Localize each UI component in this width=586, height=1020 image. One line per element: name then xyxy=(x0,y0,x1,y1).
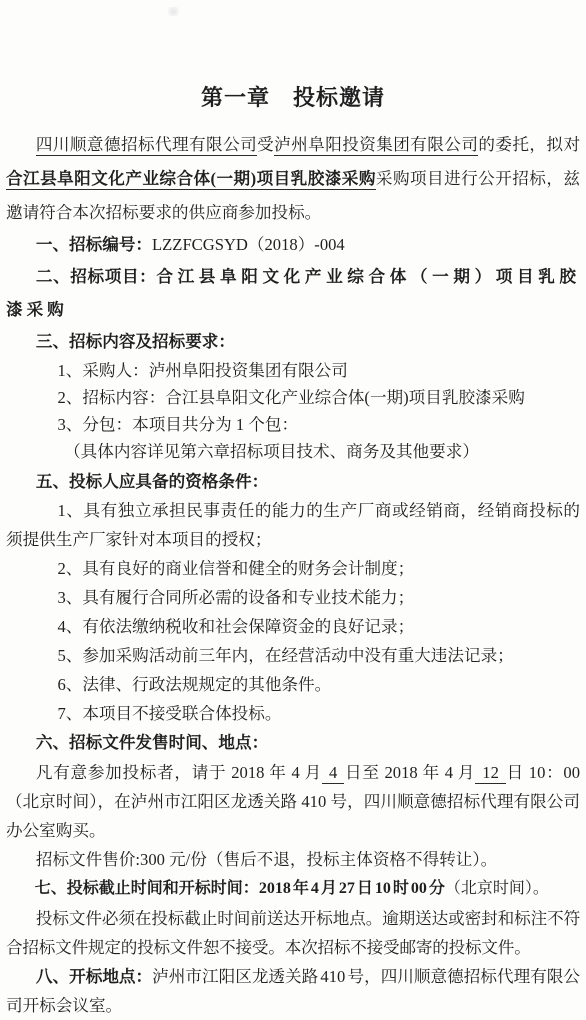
document-price-line: 招标文件售价:300 元/份（售后不退，投标主体资格不得转让）。 xyxy=(6,845,580,874)
section5-subitem-5: 5、参加采购活动前三年内，在经营活动中没有重大违法记录； xyxy=(6,641,580,670)
intro-paragraph: 四川顺意德招标代理有限公司受泸州阜阳投资集团有限公司的委托，拟对合江县阜阳文化产… xyxy=(6,128,580,230)
tender-number-line: 一、招标编号：LZZFCGSYD（2018）-004 xyxy=(6,230,580,260)
deadline-note: 投标文件必须在投标截止时间前送达开标地点。逾期送达或密封和标注不符合招标文件规定… xyxy=(6,904,580,962)
section6-heading: 六、招标文件发售时间、地点： xyxy=(6,728,580,758)
purchaser-name: 泸州阜阳投资集团有限公司 xyxy=(274,135,478,156)
intro-mid-text: 的委托，拟对 xyxy=(478,135,580,154)
intro-conjunction: 受 xyxy=(257,135,274,154)
scan-artifact xyxy=(168,7,179,16)
tender-number-label: 一、招标编号： xyxy=(36,235,152,254)
section5-subitem-7: 7、本项目不接受联合体投标。 xyxy=(6,699,580,728)
project-name: 合江县阜阳文化产业综合体(一期)项目乳胶漆采购 xyxy=(6,169,376,190)
section5-subitem-2: 2、具有良好的商业信誉和健全的财务会计制度； xyxy=(6,554,580,583)
document-page: 第一章 投标邀请 四川顺意德招标代理有限公司受泸州阜阳投资集团有限公司的委托，拟… xyxy=(0,0,586,1020)
section5-subitem-6: 6、法律、行政法规规定的其他条件。 xyxy=(6,670,580,699)
opening-location-label: 八、开标地点： xyxy=(36,967,152,986)
deadline-line: 七、投标截止时间和开标时间：2018 年 4 月 27 日 10 时 00 分（… xyxy=(6,874,580,904)
section3-heading: 三、招标内容及招标要求： xyxy=(6,326,580,357)
deadline-datetime: 2018 年 4 月 27 日 10 时 00 分 xyxy=(259,880,445,897)
section3-subitem-content: 2、招标内容：合江县阜阳文化产业综合体(一期)项目乳胶漆采购 xyxy=(6,384,580,411)
section5-subitem-3: 3、具有履行合同所必需的设备和专业技术能力； xyxy=(6,583,580,612)
sale-end-day: 12 xyxy=(475,763,506,784)
tender-project-line: 二、招标项目：合江县阜阳文化产业综合体（一期）项目乳胶漆采购 xyxy=(6,260,580,326)
opening-location-line: 八、开标地点：泸州市江阳区龙透关路 410 号，四川顺意德招标代理有限公司开标会… xyxy=(6,962,580,1020)
sale-pre-text: 凡有意参加投标者，请于 2018 年 4 月 xyxy=(36,763,322,782)
sale-mid-text: 日至 2018 年 4 月 xyxy=(344,763,475,782)
agency-name: 四川顺意德招标代理有限公司 xyxy=(36,135,257,156)
section5-subitem-4: 4、有依法缴纳税收和社会保障资金的良好记录； xyxy=(6,612,580,641)
chapter-title: 第一章 投标邀请 xyxy=(6,82,580,114)
section5-subitem-1: 1、具有独立承担民事责任的能力的生产厂商或经销商，经销商投标的须提供生产厂家针对… xyxy=(6,496,580,554)
section3-note: （具体内容详见第六章招标项目技术、商务及其他要求） xyxy=(6,438,580,465)
section5-heading: 五、投标人应具备的资格条件： xyxy=(6,467,580,496)
section3-subitem-lots: 3、分包：本项目共分为 1 个包： xyxy=(6,411,580,438)
deadline-label: 七、投标截止时间和开标时间： xyxy=(35,880,259,897)
tender-project-label: 二、招标项目： xyxy=(36,267,157,286)
sale-start-day: 4 xyxy=(322,763,344,784)
sale-period-paragraph: 凡有意参加投标者，请于 2018 年 4 月4日至 2018 年 4 月12日 … xyxy=(6,758,580,845)
deadline-timezone: （北京时间）。 xyxy=(445,880,549,897)
section3-subitem-purchaser: 1、采购人：泸州阜阳投资集团有限公司 xyxy=(6,357,580,384)
tender-number-value: LZZFCGSYD（2018）-004 xyxy=(152,235,345,254)
